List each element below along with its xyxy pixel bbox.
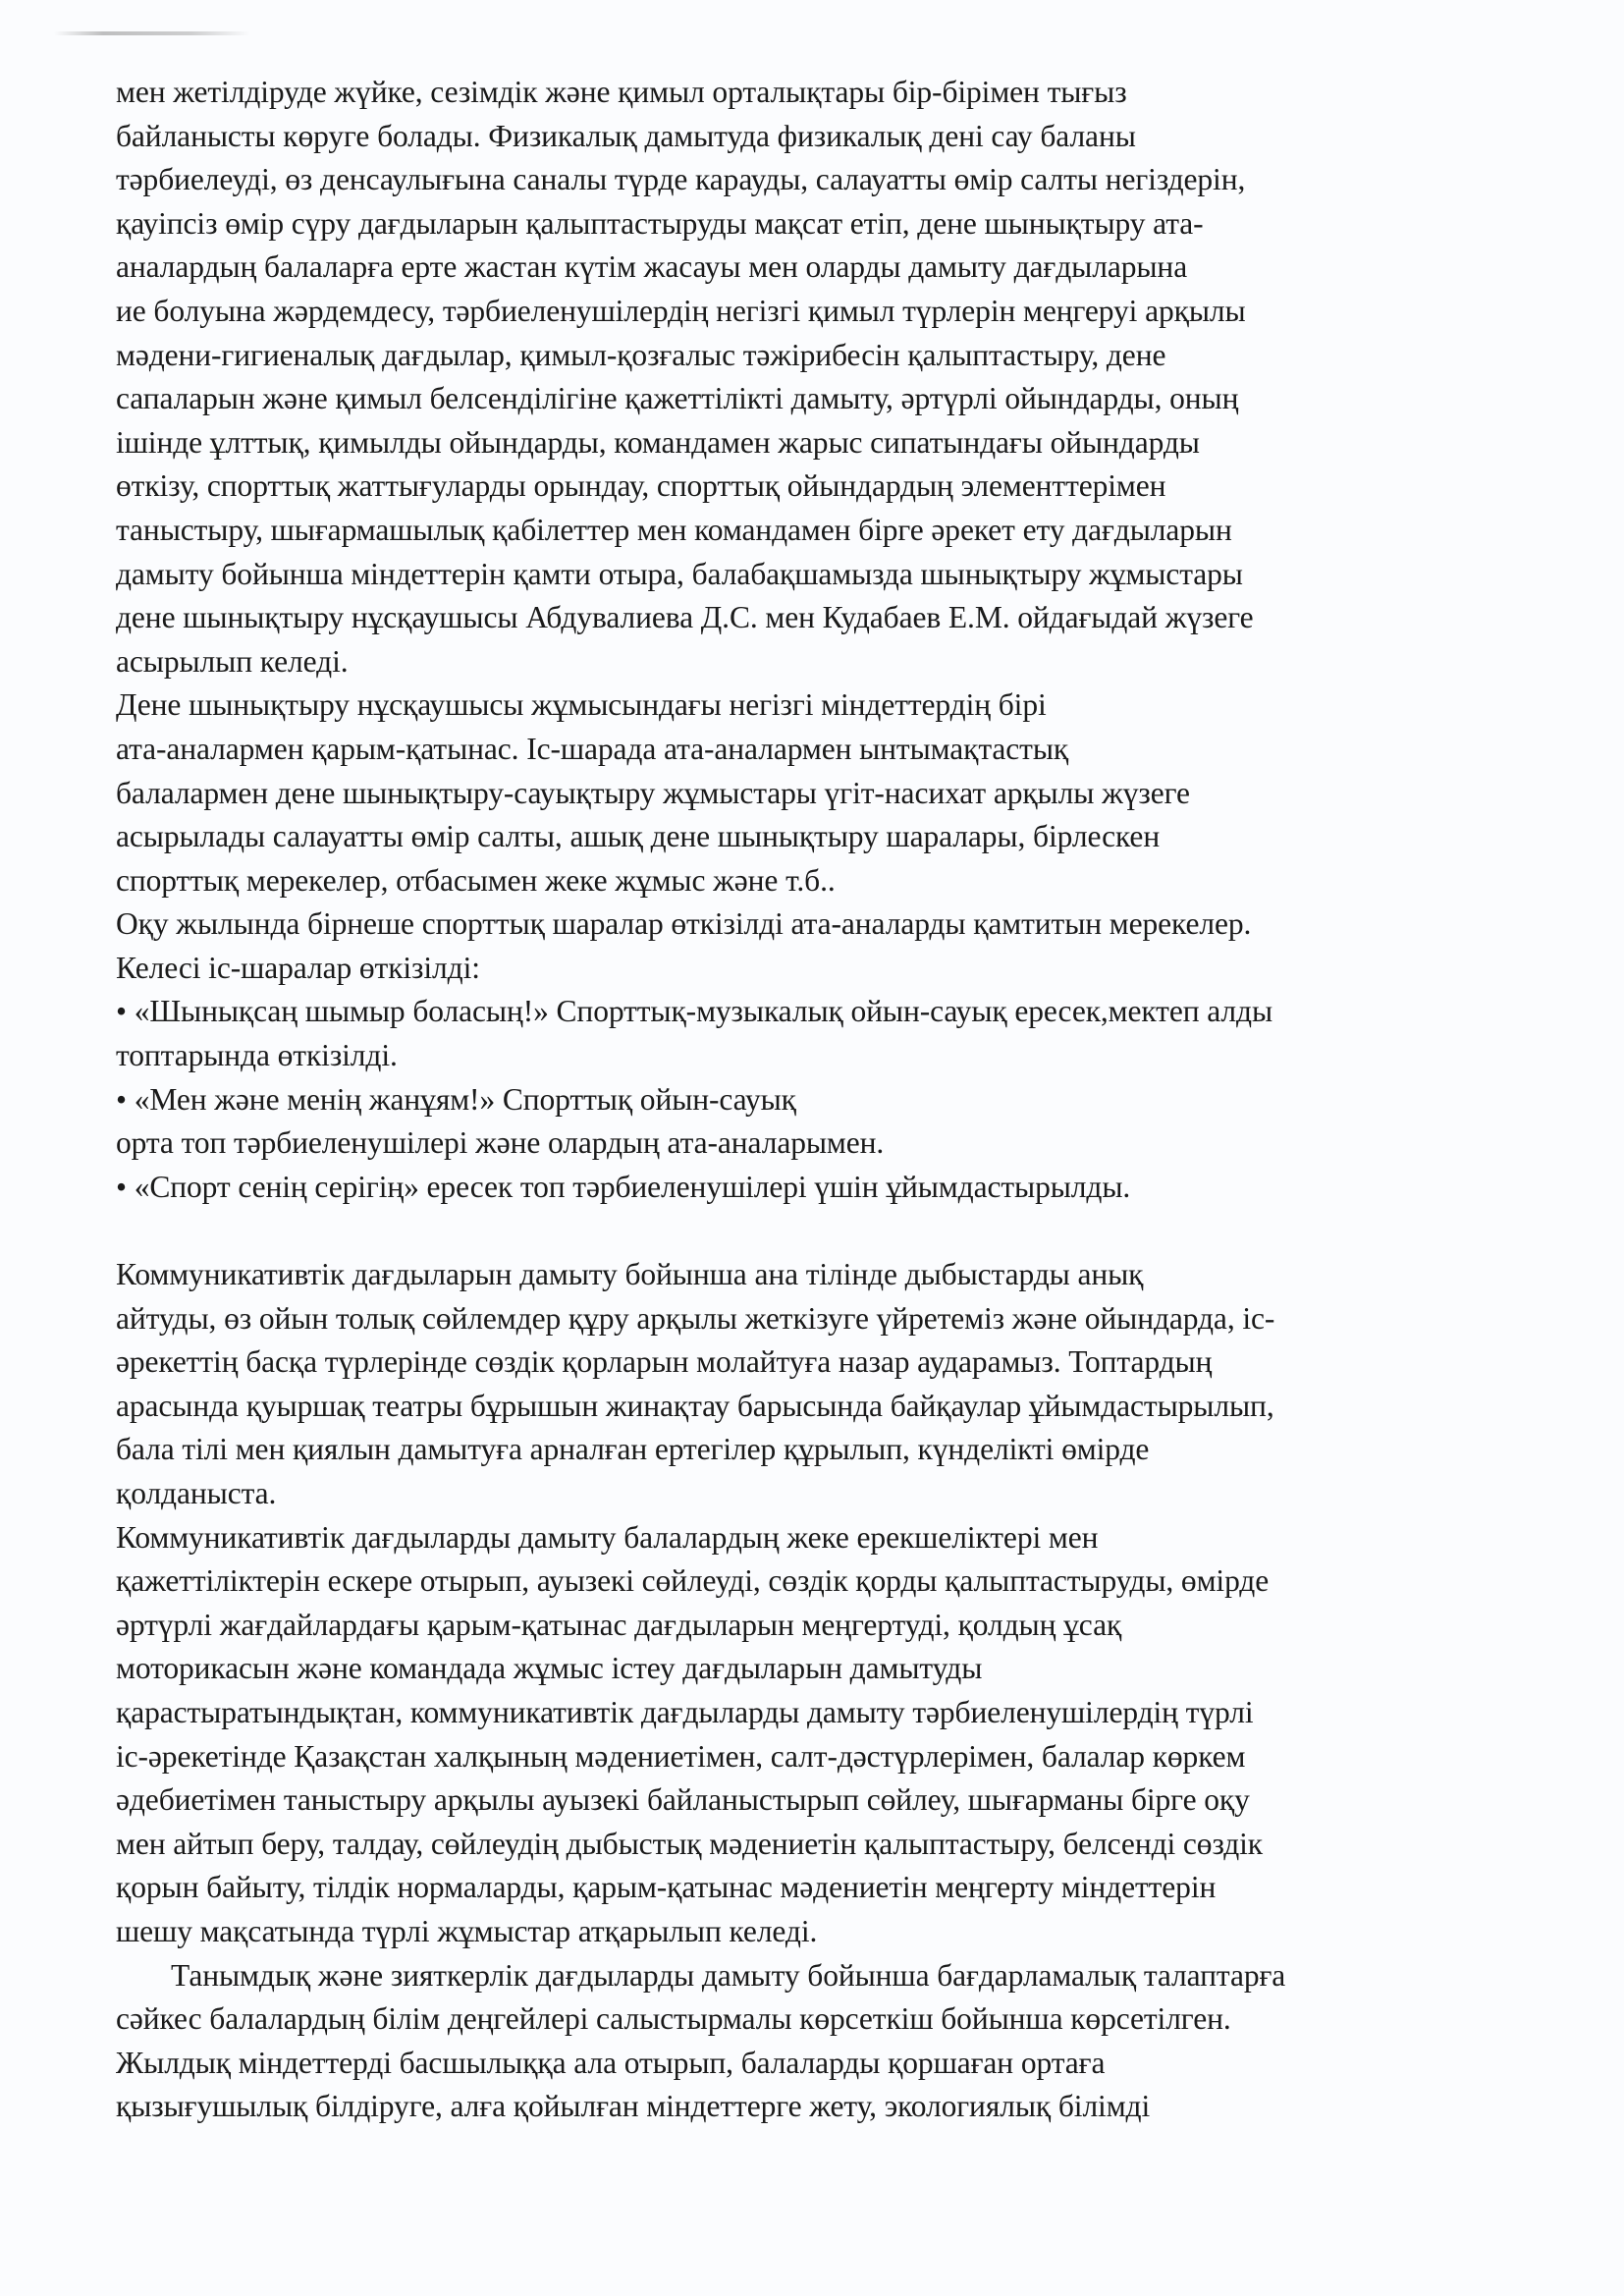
blank-line: [116, 1209, 1559, 1253]
text-line: әрекеттің басқа түрлерінде сөздік қорлар…: [116, 1340, 1559, 1385]
text-line: Дене шынықтыру нұсқаушысы жұмысындағы не…: [116, 683, 1559, 728]
paragraph-communicative-skills: Коммуникативтік дағдыларын дамыту бойынш…: [116, 1253, 1559, 1954]
text-line: шешу мақсатында түрлі жұмыстар атқарылып…: [116, 1910, 1559, 1954]
text-line: сәйкес балалардың білім деңгейлері салыс…: [116, 1997, 1559, 2042]
text-line: ата-аналармен қарым-қатынас. Іс-шарада а…: [116, 728, 1559, 772]
text-line: мен жетілдіруде жүйке, сезімдік және қим…: [116, 71, 1559, 115]
event-list-item: • «Спорт сенің серігің» ересек топ тәрби…: [116, 1166, 1559, 1210]
text-line: әртүрлі жағдайлардағы қарым-қатынас дағд…: [116, 1604, 1559, 1648]
text-line: дене шынықтыру нұсқаушысы Абдувалиева Д.…: [116, 596, 1559, 640]
text-line: спорттық мерекелер, отбасымен жеке жұмыс…: [116, 859, 1559, 903]
text-line: қолданыста.: [116, 1472, 1559, 1516]
event-list-item: • «Мен және менің жанұям!» Спорттық ойын…: [116, 1078, 1559, 1122]
text-line: Жылдық міндеттерді басшылыққа ала отырып…: [116, 2042, 1559, 2086]
text-line: Келесі іс-шаралар өткізілді:: [116, 947, 1559, 991]
text-line: сапаларын және қимыл белсенділігіне қаже…: [116, 377, 1559, 421]
text-line: қауіпсіз өмір сүру дағдыларын қалыптасты…: [116, 202, 1559, 246]
text-line: өткізу, спорттық жаттығуларды орындау, с…: [116, 465, 1559, 509]
scan-artifact: [54, 31, 250, 35]
text-line: ие болуына жәрдемдесу, тәрбиеленушілерді…: [116, 290, 1559, 334]
text-line: қорын байыту, тілдік нормаларды, қарым-қ…: [116, 1866, 1559, 1910]
text-line: мен айтып беру, талдау, сөйлеудің дыбыст…: [116, 1823, 1559, 1867]
document-page: мен жетілдіруде жүйке, сезімдік және қим…: [116, 71, 1559, 2129]
text-line: қажеттіліктерін ескере отырып, ауызекі с…: [116, 1559, 1559, 1604]
text-line: дамыту бойынша міндеттерін қамти отыра, …: [116, 553, 1559, 597]
text-line: мәдени-гигиеналық дағдылар, қимыл-қозғал…: [116, 334, 1559, 378]
text-line: аналардың балаларға ерте жастан күтім жа…: [116, 246, 1559, 290]
text-line: Танымдық және зияткерлік дағдыларды дамы…: [116, 1954, 1559, 1998]
text-line: іс-әрекетінде Қазақстан халқының мәдение…: [116, 1735, 1559, 1779]
text-line: асырылады салауатты өмір салты, ашық ден…: [116, 815, 1559, 859]
text-line: әдебиетімен таныстыру арқылы ауызекі бай…: [116, 1778, 1559, 1823]
paragraph-cognitive-skills: Танымдық және зияткерлік дағдыларды дамы…: [116, 1954, 1559, 2129]
text-line: байланысты көруге болады. Физикалық дамы…: [116, 115, 1559, 159]
text-line: тәрбиелеуді, өз денсаулығына саналы түрд…: [116, 158, 1559, 202]
text-line: Коммуникативтік дағдыларды дамыту балала…: [116, 1516, 1559, 1560]
text-line: Оқу жылында бірнеше спорттық шаралар өтк…: [116, 902, 1559, 947]
text-line: ішінде ұлттық, қимылды ойындарды, команд…: [116, 421, 1559, 465]
text-line: асырылып келеді.: [116, 640, 1559, 684]
text-line: моторикасын және командада жұмыс істеу д…: [116, 1647, 1559, 1691]
text-line: балалармен дене шынықтыру-сауықтыру жұмы…: [116, 772, 1559, 816]
paragraph-parent-cooperation: Дене шынықтыру нұсқаушысы жұмысындағы не…: [116, 683, 1559, 1209]
text-line: қызығушылық білдіруге, алға қойылған мін…: [116, 2085, 1559, 2129]
event-list-item: • «Шынықсаң шымыр боласың!» Спорттық-муз…: [116, 990, 1559, 1034]
text-line: орта топ тәрбиеленушілері және олардың а…: [116, 1121, 1559, 1166]
text-line: айтуды, өз ойын толық сөйлемдер құру арқ…: [116, 1297, 1559, 1341]
text-line: таныстыру, шығармашылық қабілеттер мен к…: [116, 509, 1559, 553]
text-line: Коммуникативтік дағдыларын дамыту бойынш…: [116, 1253, 1559, 1297]
text-line: қарастыратындықтан, коммуникативтік дағд…: [116, 1691, 1559, 1735]
text-line: бала тілі мен қиялын дамытуға арналған е…: [116, 1428, 1559, 1472]
text-line: топтарында өткізілді.: [116, 1034, 1559, 1078]
text-line: арасында қуыршақ театры бұрышын жинақтау…: [116, 1385, 1559, 1429]
paragraph-physical-development: мен жетілдіруде жүйке, сезімдік және қим…: [116, 71, 1559, 683]
